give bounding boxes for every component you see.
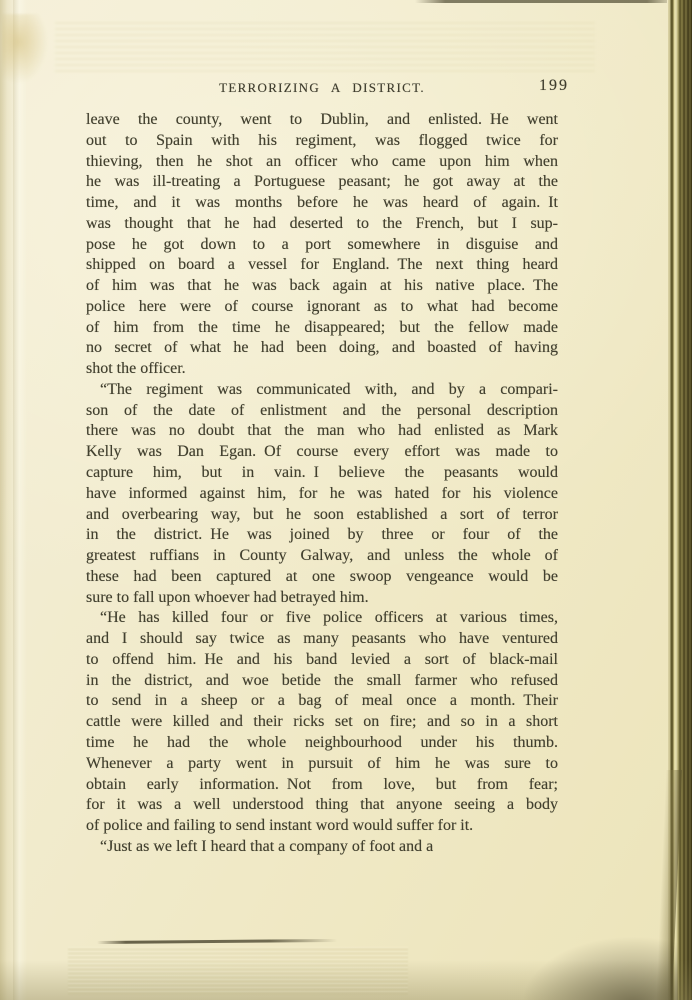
text-line: time he had the whole neighbourhood unde… [86, 733, 558, 754]
text-line: capture him, but in vain. I believe the … [86, 463, 558, 484]
text-line: pose he got down to a port somewhere in … [86, 235, 558, 256]
text-line: “He has killed four or five police offic… [86, 608, 558, 629]
text-line: in the district. He was joined by three … [86, 525, 558, 546]
text-line: sure to fall upon whoever had betrayed h… [86, 588, 558, 609]
text-line: of him was that he was back again at his… [86, 276, 558, 297]
text-line: to offend him. He and his band levied a … [86, 650, 558, 671]
chapter-running-title: TERRORIZING A DISTRICT. [86, 80, 558, 96]
text-line: time, and it was months before he was he… [86, 193, 558, 214]
text-line: greatest ruffians in County Galway, and … [86, 546, 558, 567]
scan-streaks-bottom [68, 947, 408, 995]
text-line: there was no doubt that the man who had … [86, 421, 558, 442]
left-page-crease [13, 0, 27, 1000]
text-line: shipped on board a vessel for England. T… [86, 255, 558, 276]
text-line: of him from the time he disappeared; but… [86, 318, 558, 339]
text-line: cattle were killed and their ricks set o… [86, 712, 558, 733]
text-line: was thought that he had deserted to the … [86, 214, 558, 235]
text-line: “The regiment was communicated with, and… [86, 380, 558, 401]
top-edge-line [415, 0, 667, 3]
text-line: leave the county, went to Dublin, and en… [86, 110, 558, 131]
scanned-book-page: TERRORIZING A DISTRICT. 199 leave the co… [0, 0, 692, 1000]
text-line: “Just as we left I heard that a company … [86, 837, 558, 858]
text-line: out to Spain with his regiment, was flog… [86, 131, 558, 152]
text-line: son of the date of enlistment and the pe… [86, 401, 558, 422]
text-line: Kelly was Dan Egan. Of course every effo… [86, 442, 558, 463]
text-line: for it was a well understood thing that … [86, 795, 558, 816]
text-line: thieving, then he shot an officer who ca… [86, 152, 558, 173]
text-line: he was ill-treating a Portuguese peasant… [86, 172, 558, 193]
paper-stain [2, 14, 48, 84]
text-line: shot the officer. [86, 359, 558, 380]
bottom-page-sliver [97, 939, 337, 944]
text-line: of police and failing to send instant wo… [86, 816, 558, 837]
bottom-right-corner-shadow [518, 934, 678, 1000]
text-line: in the district, and woe betide the smal… [86, 671, 558, 692]
scan-streaks-top [55, 22, 595, 74]
text-line: police here were of course ignorant as t… [86, 297, 558, 318]
text-line: have informed against him, for he was ha… [86, 484, 558, 505]
page-number: 199 [539, 77, 569, 95]
body-text: leave the county, went to Dublin, and en… [86, 110, 558, 858]
text-line: these had been captured at one swoop ven… [86, 567, 558, 588]
text-line: no secret of what he had been doing, and… [86, 338, 558, 359]
text-line: and overbearing way, but he soon establi… [86, 505, 558, 526]
text-line: to send in a sheep or a bag of meal once… [86, 691, 558, 712]
text-line: and I should say twice as many peasants … [86, 629, 558, 650]
running-head: TERRORIZING A DISTRICT. 199 [86, 80, 569, 98]
text-line: obtain early information. Not from love,… [86, 775, 558, 796]
text-line: Whenever a party went in pursuit of him … [86, 754, 558, 775]
